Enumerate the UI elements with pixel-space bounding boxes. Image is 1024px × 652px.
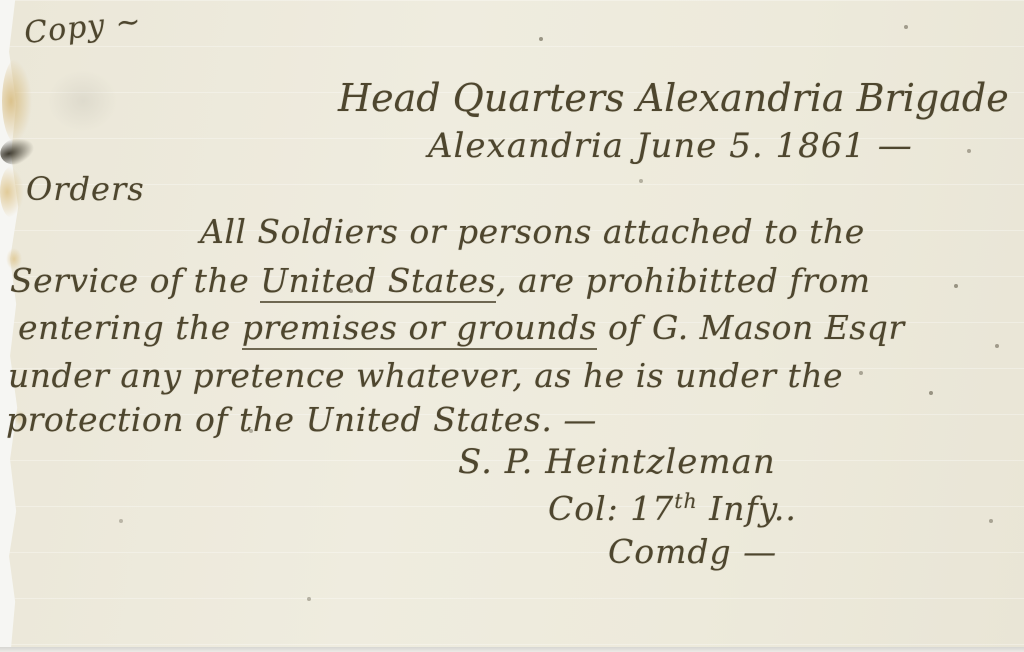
body-text: entering the [18,308,242,347]
scanned-letter: Copy ~ Head Quarters Alexandria Brigade … [0,0,1024,652]
body-text: , are prohibitted from [496,261,871,300]
scan-edge-shadow [0,647,1024,652]
rank-text: Infy.. [698,489,797,528]
underlined-text: premises or grounds [242,308,597,350]
body-text: of G. Mason Esqr [597,308,905,347]
signature-name: S. P. Heintzleman [458,442,776,482]
dateline: Alexandria June 5. 1861 — [428,126,913,166]
body-line: All Soldiers or persons attached to the [200,212,865,251]
orders-label: Orders [26,170,145,208]
body-text: Service of the [10,261,260,300]
rank-ordinal-suffix: th [674,489,697,513]
letterhead-line: Head Quarters Alexandria Brigade [338,76,1009,120]
body-line: entering the premises or grounds of G. M… [18,308,905,347]
signature-commanding: Comdg — [608,532,777,571]
underlined-text: United States [260,261,496,303]
signature-rank: Col: 17th Infy.. [548,489,797,528]
rank-text: Col: 17 [548,489,674,528]
ink-specks [0,0,2,2]
body-line: under any pretence whatever, as he is un… [8,356,843,395]
body-line: Service of the United States, are prohib… [10,261,871,300]
body-line: protection of the United States. — [6,400,597,439]
